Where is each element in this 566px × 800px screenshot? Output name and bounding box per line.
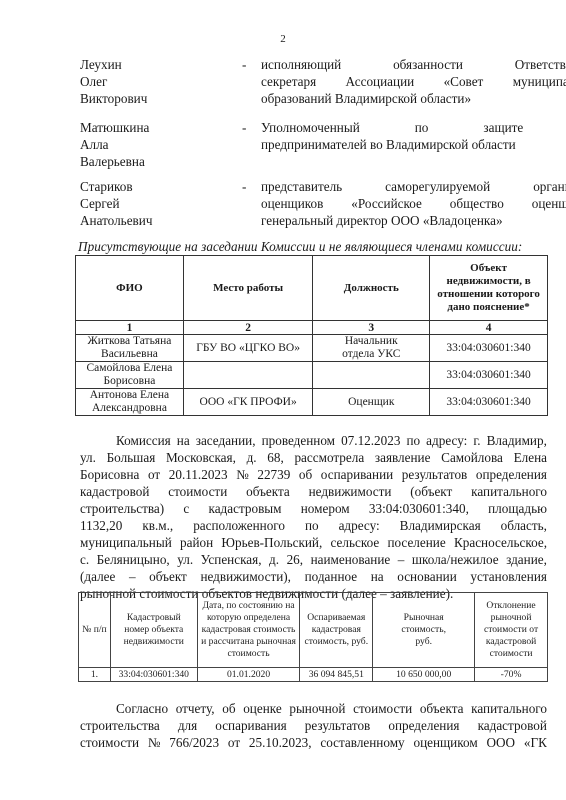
- member-role: Уполномоченныйпозащитеправ предпринимате…: [261, 119, 566, 153]
- member-first-name: Алла: [80, 136, 210, 153]
- column-number-row: 1 2 3 4: [76, 321, 548, 335]
- member-role: представительсаморегулируемойорганизации…: [261, 178, 566, 229]
- paragraph-line: муниципальныйрайонЮрьев-Польский,сельско…: [80, 534, 547, 551]
- cell-deviation: -70%: [475, 668, 548, 682]
- dash-separator: -: [242, 119, 246, 136]
- cell-date: 01.01.2020: [197, 668, 300, 682]
- header-cell: Дата, по состоянию на которую определена…: [197, 593, 300, 668]
- member-patronymic: Викторович: [80, 90, 210, 107]
- paragraph-line: Согласноотчету,обоценкерыночнойстоимости…: [80, 700, 547, 717]
- paragraph-line: с.Беляницыно,ул.Успенская,д.26,наименова…: [80, 551, 547, 568]
- role-line: исполняющийобязанностиОтветственного: [261, 56, 566, 73]
- table-row: Антонова Елена Александровна ООО «ГК ПРО…: [76, 389, 548, 416]
- column-number: 3: [313, 321, 430, 335]
- header-cell: Кадастровый номер объекта недвижимости: [110, 593, 197, 668]
- table-row: Самойлова Елена Борисовна 33:04:030601:3…: [76, 362, 548, 389]
- header-cell: ФИО: [76, 256, 184, 321]
- cell-market-value: 10 650 000,00: [373, 668, 475, 682]
- cell-position: Оценщик: [313, 389, 430, 416]
- member-patronymic: Анатольевич: [80, 212, 210, 229]
- table-header-row: ФИО Место работы Должность Объект недвиж…: [76, 256, 548, 321]
- decision-paragraph: Комиссияназаседании,проведенном07.12.202…: [80, 432, 547, 602]
- header-cell: Отклонение рыночной стоимости от кадастр…: [475, 593, 548, 668]
- member-first-name: Олег: [80, 73, 210, 90]
- attendees-caption: Присутствующие на заседании Комиссии и н…: [78, 239, 548, 255]
- page-number: 2: [0, 33, 566, 45]
- cell-object: 33:04:030601:340: [430, 389, 548, 416]
- valuation-table: № п/п Кадастровый номер объекта недвижим…: [78, 592, 548, 682]
- role-line: представительсаморегулируемойорганизации: [261, 178, 566, 195]
- cell-object: 33:04:030601:340: [430, 335, 548, 362]
- member-name: Матюшкина Алла Валерьевна: [80, 119, 210, 170]
- column-number: 2: [183, 321, 313, 335]
- column-number: 1: [76, 321, 184, 335]
- role-line: образований Владимирской области»: [261, 90, 566, 107]
- paragraph-line: стоимости№766/2023от25.10.2023,составлен…: [80, 734, 547, 751]
- dash-separator: -: [242, 56, 246, 73]
- role-line: генеральный директор ООО «Владоценка»: [261, 212, 566, 229]
- member-surname: Стариков: [80, 178, 210, 195]
- member-surname: Леухин: [80, 56, 210, 73]
- cell-number: 1.: [79, 668, 111, 682]
- role-line: секретаряАссоциации«Советмуниципальных: [261, 73, 566, 90]
- header-cell: Оспариваемая кадастровая стоимость, руб.: [300, 593, 373, 668]
- cell-position: [313, 362, 430, 389]
- header-cell: Место работы: [183, 256, 313, 321]
- role-line: Уполномоченныйпозащитеправ: [261, 119, 566, 136]
- paragraph-line: Комиссияназаседании,проведенном07.12.202…: [80, 432, 547, 449]
- table-header-row: № п/п Кадастровый номер объекта недвижим…: [79, 593, 548, 668]
- header-cell: Рыночная стоимость, руб.: [373, 593, 475, 668]
- paragraph-line: (далее–объектнедвижимости),поданноенаосн…: [80, 568, 547, 585]
- table-row: Житкова Татьяна Васильевна ГБУ ВО «ЦГКО …: [76, 335, 548, 362]
- cell-workplace: ГБУ ВО «ЦГКО ВО»: [183, 335, 313, 362]
- cell-workplace: ООО «ГК ПРОФИ»: [183, 389, 313, 416]
- paragraph-line: 1132,20кв.м.,расположенногопоадресу:Влад…: [80, 517, 547, 534]
- paragraph-line: кадастровойстоимостиобъектанедвижимости(…: [80, 483, 547, 500]
- header-cell: Объект недвижимости, в отношении которог…: [430, 256, 548, 321]
- cell-object: 33:04:030601:340: [430, 362, 548, 389]
- header-cell: Должность: [313, 256, 430, 321]
- column-number: 4: [430, 321, 548, 335]
- table-row: 1. 33:04:030601:340 01.01.2020 36 094 84…: [79, 668, 548, 682]
- attendees-table: ФИО Место работы Должность Объект недвиж…: [75, 255, 548, 416]
- cell-cadastral-number: 33:04:030601:340: [110, 668, 197, 682]
- paragraph-line: строительствадляоспариваниярезультатовоп…: [80, 717, 547, 734]
- dash-separator: -: [242, 178, 246, 195]
- cell-cadastral-value: 36 094 845,51: [300, 668, 373, 682]
- cell-position: Начальник отдела УКС: [313, 335, 430, 362]
- paragraph-line: ул.БольшаяМосковская,д.68,рассмотрелазая…: [80, 449, 547, 466]
- paragraph-line: Борисовнаот20.11.2023№22739обоспаривании…: [80, 466, 547, 483]
- member-name: Стариков Сергей Анатольевич: [80, 178, 210, 229]
- member-name: Леухин Олег Викторович: [80, 56, 210, 107]
- member-patronymic: Валерьевна: [80, 153, 210, 170]
- member-first-name: Сергей: [80, 195, 210, 212]
- role-line: предпринимателей во Владимирской области: [261, 136, 566, 153]
- member-role: исполняющийобязанностиОтветственного сек…: [261, 56, 566, 107]
- paragraph-line: строительства)скадастровымномером33:04:0…: [80, 500, 547, 517]
- header-cell: № п/п: [79, 593, 111, 668]
- cell-fio: Житкова Татьяна Васильевна: [76, 335, 184, 362]
- cell-workplace: [183, 362, 313, 389]
- report-paragraph: Согласноотчету,обоценкерыночнойстоимости…: [80, 700, 547, 751]
- member-surname: Матюшкина: [80, 119, 210, 136]
- cell-fio: Антонова Елена Александровна: [76, 389, 184, 416]
- cell-fio: Самойлова Елена Борисовна: [76, 362, 184, 389]
- role-line: оценщиков«Российскоеобществооценщиков»,: [261, 195, 566, 212]
